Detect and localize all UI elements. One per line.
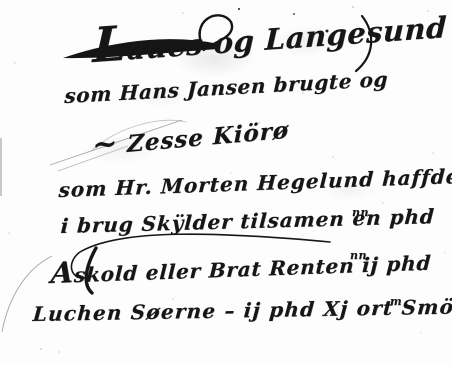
manuscript-line: i brug Skÿlder tilsamen en phd bbox=[60, 204, 435, 238]
manuscript-line: Askold eller Brat Renten ij phd bbox=[50, 243, 432, 290]
manuscript-line: som Hr. Morten Hegelund haffde bbox=[58, 164, 452, 202]
subheading-line: ~ Zesse Kiörø bbox=[92, 111, 289, 163]
manuscript-line: som Hans Jansen brugte og bbox=[64, 67, 388, 108]
manuscript-line: Luchen Søerne – ij phd Xj ort Smör bbox=[32, 294, 452, 326]
ink-speckles bbox=[0, 0, 2, 2]
manuscript-scan: Laues og Langesund som Hans Jansen brugt… bbox=[0, 0, 452, 366]
superscript-abbreviation: nn bbox=[352, 206, 369, 219]
scan-edge-mark bbox=[0, 138, 2, 196]
superscript-abbreviation: m bbox=[390, 295, 402, 308]
superscript-abbreviation: nn bbox=[350, 249, 367, 262]
title-line: Laues og Langesund bbox=[92, 0, 448, 74]
